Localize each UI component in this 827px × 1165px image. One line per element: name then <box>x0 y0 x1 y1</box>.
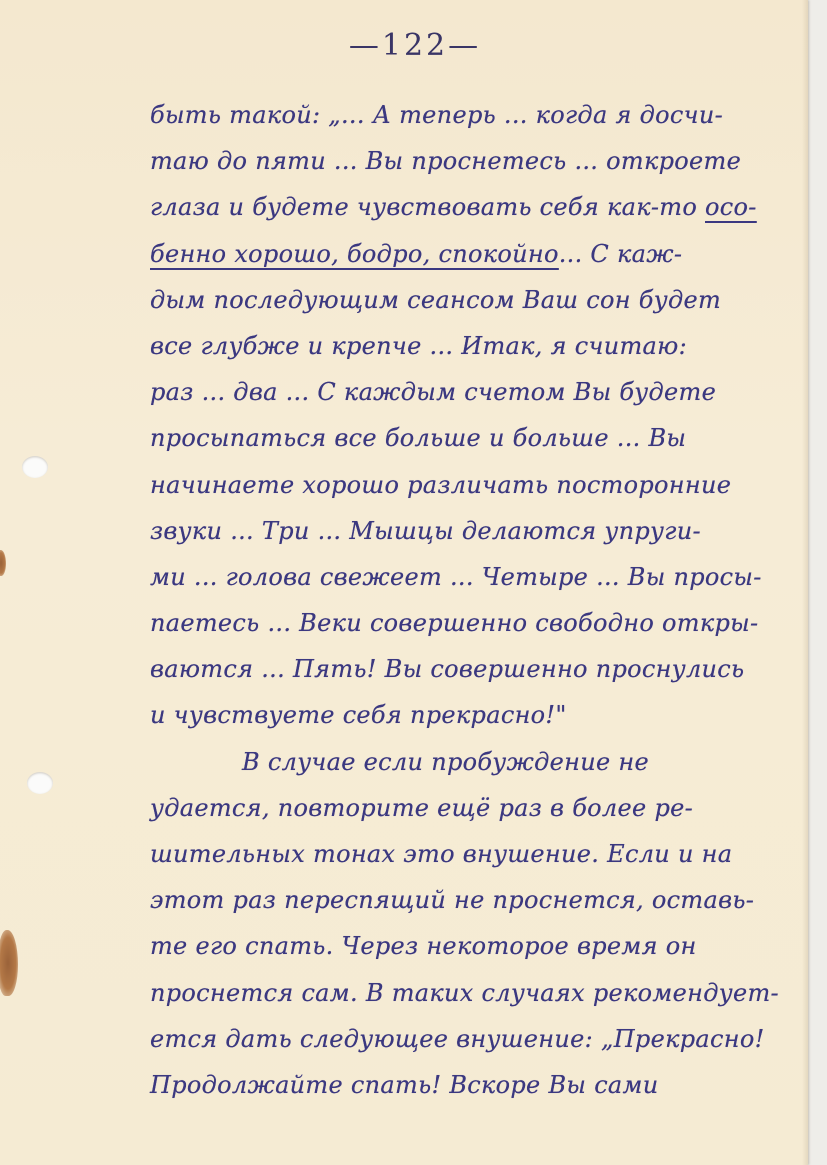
text-line: паетесь ... Веки совершенно свободно отк… <box>150 600 800 646</box>
text-line: звуки ... Три ... Мышцы делаются упруги- <box>150 508 800 554</box>
punch-hole-top <box>22 456 48 478</box>
text-line: бенно хорошо, бодро, спокойно... С каж- <box>150 231 800 277</box>
text-line: те его спать. Через некоторое время он <box>150 923 800 969</box>
text-line: таю до пяти ... Вы проснетесь ... открое… <box>150 138 800 184</box>
text-line: все глубже и крепче ... Итак, я считаю: <box>150 323 800 369</box>
underlined-text: бенно хорошо, бодро, спокойно <box>150 240 559 268</box>
paper-sheet: —122— быть такой: „... А теперь ... когд… <box>0 0 808 1165</box>
text-line: просыпаться все больше и больше ... Вы <box>150 415 800 461</box>
text-line: проснется сам. В таких случаях рекоменду… <box>150 970 800 1016</box>
handwritten-text: быть такой: „... А теперь ... когда я до… <box>150 92 800 1108</box>
text-line: ваются ... Пять! Вы совершенно проснулис… <box>150 646 800 692</box>
text-line: начинаете хорошо различать посторонние <box>150 462 800 508</box>
text-line: быть такой: „... А теперь ... когда я до… <box>150 92 800 138</box>
scanned-page: —122— быть такой: „... А теперь ... когд… <box>0 0 827 1165</box>
text-line: этот раз переспящий не проснется, оставь… <box>150 877 800 923</box>
text-line: раз ... два ... С каждым счетом Вы будет… <box>150 369 800 415</box>
text-line: ется дать следующее внушение: „Прекрасно… <box>150 1016 800 1062</box>
text-segment: глаза и будете чувствовать себя как-то <box>150 193 705 221</box>
text-line: шительных тонах это внушение. Если и на <box>150 831 800 877</box>
underlined-text: осо- <box>705 193 757 221</box>
page-number: —122— <box>340 28 490 63</box>
text-line: глаза и будете чувствовать себя как-то о… <box>150 184 800 230</box>
punch-hole-bottom <box>27 772 53 794</box>
text-line: ми ... голова свежеет ... Четыре ... Вы … <box>150 554 800 600</box>
rust-stain-small <box>0 550 6 576</box>
text-line: Продолжайте спать! Вскоре Вы сами <box>150 1062 800 1108</box>
rust-stain-large <box>0 930 18 996</box>
text-line: удается, повторите ещё раз в более ре- <box>150 785 800 831</box>
text-line: и чувствуете себя прекрасно!" <box>150 692 800 738</box>
text-segment: ... С каж- <box>559 240 683 268</box>
text-line: дым последующим сеансом Ваш сон будет <box>150 277 800 323</box>
paragraph-start-line: В случае если пробуждение не <box>150 739 800 785</box>
